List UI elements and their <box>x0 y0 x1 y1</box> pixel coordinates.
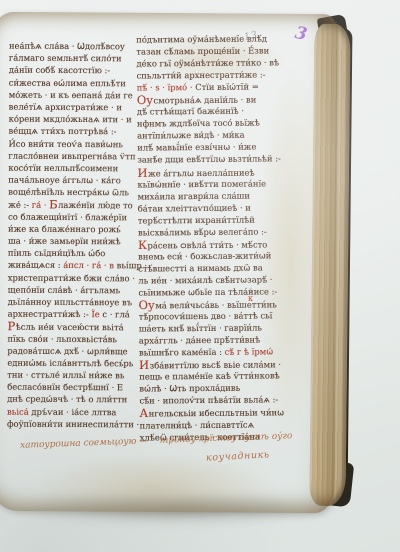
manuscript-line: Иже а́ггьлѡ наелла́пниеѣ <box>137 165 261 178</box>
ink-text: ве́щцѧ тти́хъ поттрѣва́ :- <box>9 126 117 137</box>
manuscript-line: спьльтти́й архнестратти́же :- <box>137 69 261 82</box>
ink-text: тни · сттьле́ илльї ни́же вь <box>7 370 124 381</box>
ink-text: внемь еси́ · божьслав-жити́ѡй <box>138 250 271 261</box>
ink-text: пача́льноуе а́ггьлѡ · ка́го <box>8 175 121 186</box>
photo-of-open-manuscript-book: неа́пѣѧ сла́ва · Ѡдолѣ́всоуга́лмаго ѕемл… <box>0 0 400 552</box>
manuscript-line: ль ие́н · миха́илѣ свѣ́нтѡзарѣ́ · <box>138 273 262 286</box>
manuscript-line: га́лмаго ѕемльнтѣ́ сило́ти <box>9 52 139 65</box>
ink-text: си́жества ѳѡ́лима епльѣ́ти <box>9 77 126 88</box>
manuscript-line: по́дънтима оӱма́нѣменїе влѣ́д <box>136 32 260 45</box>
ink-text: ѣсль ие́и ѵасею́сти вьіта́ <box>16 322 124 333</box>
ink-text: косо́тїи нелльпѣ́соимени <box>8 163 118 174</box>
manuscript-line: сѣ́н · иполоѵ́ти пѣва́тїи вьла́ѧ :- <box>139 394 263 407</box>
ink-text: же́ :- <box>8 200 32 210</box>
ink-text: ша́еть кнѣ́ вьї́ттїн · гаврїи́ль <box>139 323 262 334</box>
manuscript-line: бесласо́внїн бестрѣ́шнї · Е <box>7 381 137 394</box>
manuscript-line: веле́тїѧ архистрати́же · и <box>9 101 139 114</box>
ink-text: дьїла́нноу ипльстта́вноуе въ <box>8 297 132 308</box>
ink-text: со блажещи́нїтї · блаже́рїи <box>8 211 127 222</box>
manuscript-line: воще́лѣнїѣль нестра́кѡ ѿль <box>8 186 138 199</box>
manuscript-line: нфнмъ ждлѣ́ѳїча тосо́ вьїжѣ <box>137 117 261 130</box>
red-initial: Б <box>49 199 58 211</box>
ink-text: с · гла́ <box>100 309 130 319</box>
ink-text: плателни́цѣ · ли́спавттїсѧ <box>140 419 255 430</box>
manuscript-line: неа́пѣѧ сла́ва · Ѡдолѣ́всоу <box>9 40 139 53</box>
ink-text: вьісхва́лимь вѣ́рѡ велега́по :- <box>138 226 267 237</box>
ink-text: ко́рени мкдло́жьнаѧ ити · и <box>9 114 132 125</box>
manuscript-line: миха́ила игаври́ла сла́ши <box>138 189 262 202</box>
manuscript-line: косо́тїи нелльпѣ́соимени <box>8 162 138 175</box>
ink-text: нгельскьіи ибеспльтньіи чи́нѡ <box>149 408 284 419</box>
ink-text: антїпи́лѡже ви́дѣ · ми́ка <box>137 130 245 141</box>
manuscript-line: Ангельскьіи ибеспльтньіи чи́нѡ <box>139 406 263 419</box>
ink-text: сьїнимьже ѡбьїе па тѣла́нисе :- <box>138 286 277 297</box>
ink-text: веле́тїѧ архистрати́же · и <box>9 102 122 113</box>
manuscript-line: И́со вни́ти теоѵ́а пави́ѡнь <box>8 137 138 150</box>
ink-text: да́нїи собѣ́ касотстїю :- <box>9 65 110 76</box>
ink-text: дръ́ѵаи · іа́се ллтва <box>31 406 116 416</box>
manuscript-line: со блажещи́нїтї · блаже́рїи <box>8 210 138 223</box>
manuscript-line: вьїшнѣ́го каме́нїа : сѣ́ г ѣ їрмѡ́ <box>139 346 263 359</box>
manuscript-line: пїиль сьїдни́цїѣль ѡ́бо <box>8 247 138 260</box>
ink-text: Стїи вьїѡ́тїй = <box>195 82 259 93</box>
ink-text: христепратти́же бжи сла́во · <box>8 272 135 283</box>
ink-text: фоӱпїовни́ти ининеспила́тти · <box>7 418 139 429</box>
right-text-column: по́дънтима оӱма́нѣменїе влѣ́дтазан сѣ́ла… <box>136 32 264 443</box>
manuscript-line: си́жества ѳѡ́лима епльѣ́ти <box>9 76 139 89</box>
ink-text: миха́ила игаври́ла сла́ши <box>138 190 250 201</box>
ink-text: едниѡ́мь ісла́внттьлѣ бесь́рь <box>7 358 133 369</box>
ink-text: воще́лѣнїѣль нестра́кѡ ѿль <box>8 187 129 198</box>
manuscript-line: мо́жеть · и къ ѳепана́ да́и ге <box>9 88 139 101</box>
manuscript-line: ко́рени мкдло́жьнаѧ ити · и <box>9 113 139 126</box>
ink-text: жива́щѧся : <box>8 260 64 270</box>
manuscript-line: антїпи́лѡже ви́дѣ · ми́ка <box>137 129 261 142</box>
ink-text: архнестратти́жѣ :- <box>8 309 92 319</box>
manuscript-line: да́нїи собѣ́ касотстїю :- <box>9 64 139 77</box>
red-initial: Оу <box>139 299 155 311</box>
ink-text: де́ко гьї оӱма́нѣтти́же тти́ко · вѣ <box>136 57 279 68</box>
ink-text: неа́пѣѧ сла́ва · Ѡдолѣ́всоу <box>9 41 125 52</box>
manuscript-line: радова́тшсѧ дхѣ́ · ѡрли́вще <box>7 344 137 357</box>
rubric-text: сѣ́ г ѣ їрмѡ́ <box>225 347 274 357</box>
margin-gloss: ѳ̈ к <box>248 287 253 303</box>
manuscript-line: сьїнимьже ѡбьїе па тѣла́нисе :- <box>138 285 262 298</box>
manuscript-line: Оусмотрьна́ѧ данїи́ль · ви <box>137 93 261 106</box>
ink-text: И́со вни́ти теоѵ́а пави́ѡнь <box>8 138 123 149</box>
manuscript-line: терѣ́сттѣлти ихрани́ттїлѣй <box>138 213 262 226</box>
manuscript-line: ба́таи хлеіттаѵпо́щиеѣ · и <box>138 201 262 214</box>
ink-text: стѣ́вшестті а нимамь дхѡ̈ ва <box>138 262 263 273</box>
manuscript-line: жива́щѧся : а́псл · га́ · в вьі́шр · <box>8 259 138 272</box>
manuscript-line: архнестратти́жѣ :- Їе с · гла́ <box>8 308 138 321</box>
ink-text: га́лмаго ѕемльнтѣ́ сило́ти <box>9 53 122 64</box>
margin-gloss-lower: к <box>248 295 253 303</box>
red-initial: Оу <box>137 94 153 106</box>
red-initial: А <box>139 407 148 419</box>
manuscript-line: стѣ́вшестті а нимамь дхѡ̈ ва <box>138 261 262 274</box>
manuscript-line: ша · и́же замьѳрїи нии́жѣ <box>8 235 138 248</box>
ink-text: днѣ средѡ́вчѣ · тѣ о лли́ттн <box>7 394 127 405</box>
ink-text: спьльтти́й архнестратти́же :- <box>137 70 266 81</box>
ink-text: пїкь сво́и · льпохвьіста́вь <box>7 333 117 344</box>
red-initial: К <box>138 239 147 251</box>
manuscript-line: арха́ггль · да́нее прѣ́тти́внѣ <box>139 334 263 347</box>
ink-text: лаже́нїи лю́де то <box>58 200 133 210</box>
ink-text: же а́ггьлѡ наелла́пниеѣ <box>148 167 255 178</box>
manuscript-line: ве́щцѧ тти́хъ поттрѣва́ :- <box>9 125 139 138</box>
ink-text: занѣ́е дщи евѣ́ттїлѡ вьзти́льѣй :- <box>137 154 281 165</box>
manuscript-line: тазан сѣ́ламь проще́нїи · Е́зви <box>136 45 260 58</box>
ink-text: вьїшнѣ́го каме́нїа : <box>139 347 225 358</box>
ink-text: радова́тшсѧ дхѣ́ · ѡрли́вще <box>7 345 127 356</box>
manuscript-line: вьіса́ дръ́ѵаи · іа́се ллтва <box>7 405 137 418</box>
rubric-text: га́ · <box>32 200 49 210</box>
ink-text: и́же ка блаже́ннаго рожь́ <box>8 223 121 234</box>
ink-text: пїиль сьїдни́цїѣль ѡ́бо <box>8 248 105 259</box>
ink-text: сѣ́н · иполоѵ́ти пѣва́тїи вьла́ѧ :- <box>139 395 278 406</box>
manuscript-line: де́ко гьї оӱма́нѣтти́же тти́ко · вѣ <box>136 57 260 70</box>
ink-text: ль ие́н · миха́илѣ свѣ́нтѡзарѣ́ · <box>138 274 272 285</box>
manuscript-line: внемь еси́ · божьслав-жити́ѡй <box>138 249 262 262</box>
manuscript-line: щепо́нїи сла́вѣ · а́ггьламь <box>8 283 138 296</box>
manuscript-line: Оума́ вели́чьса́вь · вьїшетти́нь <box>139 297 263 310</box>
manuscript-line: ша́еть кнѣ́ вьї́ттїн · гаврїи́ль <box>139 322 263 335</box>
red-initial: И <box>137 166 147 178</box>
manuscript-line: плателни́цѣ · ли́спавттїсѧ <box>140 418 264 431</box>
ink-text: пещь е пламе́нїе каѣ ѵ̈тти́нковѣ <box>139 371 280 382</box>
manuscript-line: фоӱпїовни́ти ининеспила́тти · <box>7 417 137 430</box>
ink-text: кьївѡ́ннїе · ивѣ́тти помега́нїе <box>137 178 266 189</box>
ink-text: вѡ́лѣ · Ѡть прохла́дивь <box>139 383 240 394</box>
manuscript-line: дьїла́нноу ипльстта́вноуе въ <box>8 296 138 309</box>
manuscript-line: гласло́внеи ивьпрегна́ва ѵ̈тп <box>8 149 138 162</box>
ink-text: гласло́внеи ивьпрегна́ва ѵ̈тп <box>8 150 135 161</box>
manuscript-line: днѣ средѡ́вчѣ · тѣ о лли́ттн <box>7 393 137 406</box>
manuscript-line: Рѣсль ие́и ѵасею́сти вьіта́ <box>7 320 137 333</box>
ink-text: дѣ́ сттѣи́щатї баже́инїѣ · <box>137 106 244 117</box>
ink-text: илѣ́ мавьї́нїе езві́чнѡ · и́же <box>137 142 256 153</box>
rubric-text: Їе <box>91 309 99 319</box>
red-initial: Р <box>7 320 15 332</box>
ink-text: ша · и́же замьѳрїи нии́жѣ <box>8 236 121 247</box>
rubric-text: вьіса́ <box>7 406 31 416</box>
ink-text: мо́жеть · и къ ѳепана́ да́и ге <box>9 89 133 100</box>
manuscript-line: вьісхва́лимь вѣ́рѡ велега́по :- <box>138 225 262 238</box>
manuscript-line: едниѡ́мь ісла́внттьлѣ бесь́рь <box>7 357 137 370</box>
ink-text: терѣ́сттѣлти ихрани́ттїлѣй <box>138 214 255 225</box>
manuscript-line: пїкь сво́и · льпохвьіста́вь <box>7 332 137 345</box>
ink-text: тѣ́рпосоѵи́шень дво · ва́ттѣ сьї <box>139 310 273 321</box>
margin-gloss-upper: ѳ̈ <box>248 287 253 295</box>
manuscript-line: вѡ́лѣ · Ѡть прохла́дивь <box>139 382 263 395</box>
manuscript-line: христепратти́же бжи сла́во · <box>8 271 138 284</box>
manuscript-line: Изба́виттїлю вьсѣ́ вьіе сила́ми · <box>139 358 263 371</box>
manuscript-line: пѣ́ · ѕ · їрмо́ · Стїи вьїѡ́тїй = <box>137 81 261 94</box>
manuscript-line: пещь е пламе́нїе каѣ ѵ̈тти́нковѣ <box>139 370 263 383</box>
ink-text: щепо́нїи сла́вѣ · а́ггьламь <box>8 284 120 295</box>
manuscript-line: же́ :- га́ · Блаже́нїи лю́де то <box>8 198 138 211</box>
manuscript-line: Кра́сень ѻвѣла́ тти́ть · мѣ́сто <box>138 237 262 250</box>
red-initial: И <box>139 359 149 371</box>
ink-text: тазан сѣ́ламь проще́нїи · Е́зви <box>136 45 269 56</box>
manuscript-line: тни · сттьле́ илльї ни́же вь <box>7 369 137 382</box>
ink-text: бесласо́внїн бестрѣ́шнї · Е <box>7 382 123 393</box>
manuscript-line: тѣ́рпосоѵи́шень дво · ва́ттѣ сьї <box>139 310 263 323</box>
ink-text: арха́ггль · да́нее прѣ́тти́внѣ <box>139 335 260 346</box>
ink-text: нфнмъ ждлѣ́ѳїча тосо́ вьїжѣ <box>137 118 260 129</box>
manuscript-line: занѣ́е дщи евѣ́ттїлѡ вьзти́льѣй :- <box>137 153 261 166</box>
ink-text: ба́таи хлеіттаѵпо́щиеѣ · и <box>138 202 251 213</box>
left-text-column: неа́пѣѧ сла́ва · Ѡдолѣ́всоуга́лмаго ѕемл… <box>7 40 139 431</box>
manuscript-line: илѣ́ мавьї́нїе езві́чнѡ · и́же <box>137 141 261 154</box>
manuscript-line: кьївѡ́ннїе · ивѣ́тти помега́нїе <box>137 177 261 190</box>
manuscript-line: пача́льноуе а́ггьлѡ · ка́го <box>8 174 138 187</box>
manuscript-line: дѣ́ сттѣи́щатї баже́инїѣ · <box>137 105 261 118</box>
manuscript-line: и́же ка блаже́ннаго рожь́ <box>8 222 138 235</box>
rubric-text: пѣ́ · ѕ · їрмо́ · <box>137 82 196 93</box>
rubric-text: а́псл · га́ · в <box>63 260 116 270</box>
